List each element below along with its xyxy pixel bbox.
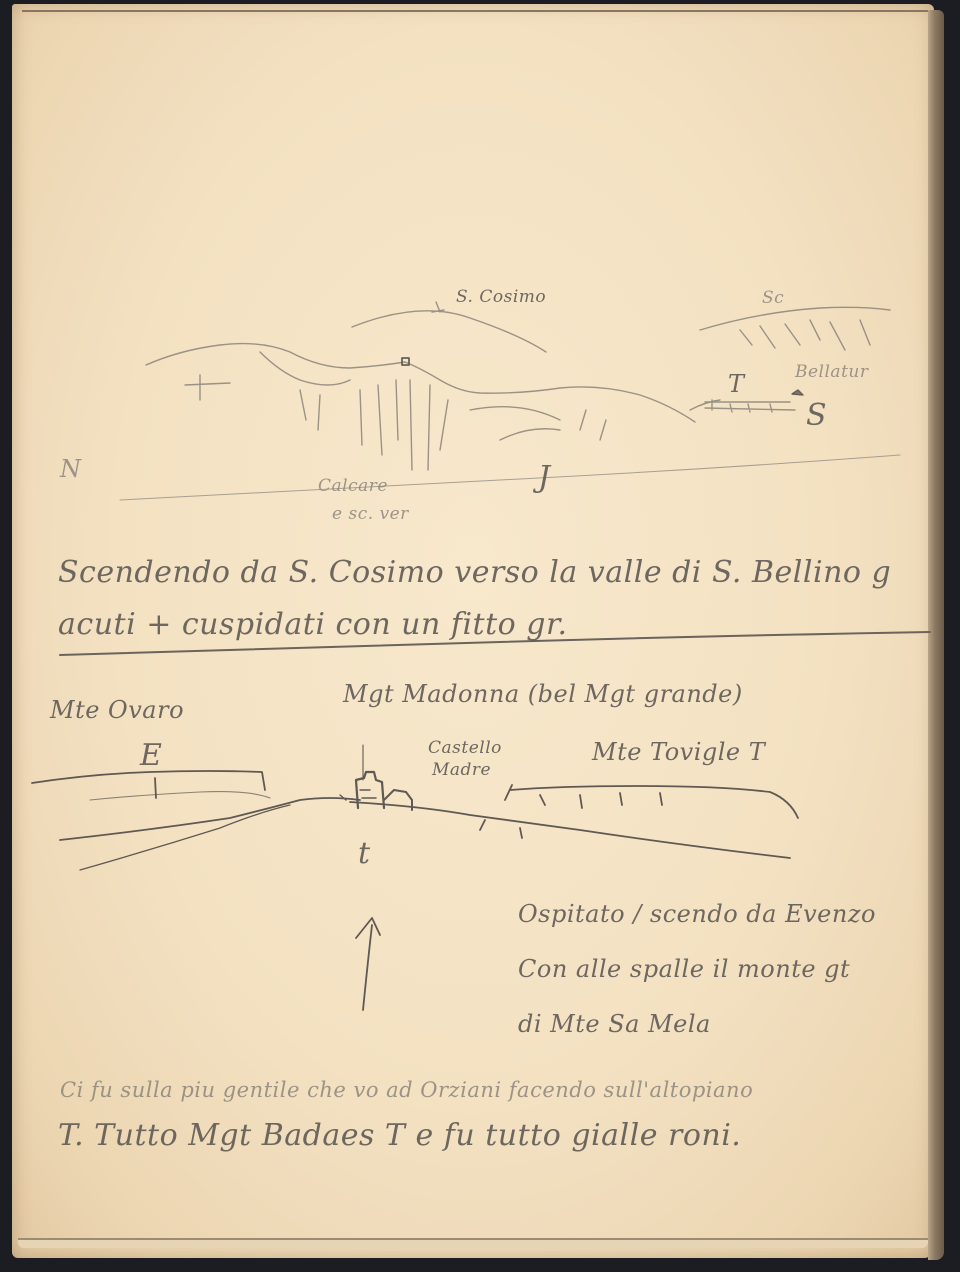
note-top-line-1: Scendendo da S. Cosimo verso la valle di… <box>58 555 891 590</box>
label-castello: Castello <box>428 738 502 758</box>
label-mgt-madonna: Mgt Madonna (bel Mgt grande) <box>213 680 613 708</box>
note-right-line-3: di Mte Sa Mela <box>518 1010 711 1038</box>
label-bellatur: Bellatur <box>795 362 868 382</box>
note-right-line-1: Ospitato / scendo da Evenzo <box>518 900 876 928</box>
up-arrow <box>356 918 380 1010</box>
marker-s: S <box>806 398 827 433</box>
note-bottom-line-2: T. Tutto Mgt Badaes T e fu tutto gialle … <box>58 1118 741 1153</box>
marker-t-top: T <box>728 370 745 398</box>
label-castello-2: Madre <box>432 760 491 780</box>
marker-t-center: t <box>358 836 371 871</box>
marker-e-left: E <box>140 738 162 773</box>
marker-valley: J <box>538 460 551 495</box>
label-mte-tovigle: Mte Tovigle T <box>592 738 765 766</box>
note-bottom-line-1: Ci fu sulla piu gentile che vo ad Orzian… <box>60 1078 753 1102</box>
note-right-line-2: Con alle spalle il monte gt <box>518 955 850 983</box>
label-calcare: Calcare <box>318 476 388 496</box>
label-right-peak: Sc <box>762 288 784 308</box>
note-top-line-2: acuti + cuspidati con un fitto gr. <box>58 607 568 642</box>
label-mgt-madonna-text: Mgt Madonna (bel Mgt grande) <box>343 680 743 708</box>
label-mte-ovaro: Mte Ovaro <box>50 696 184 724</box>
label-calcare-2: e sc. ver <box>332 504 409 524</box>
label-s-cosimo: S. Cosimo <box>456 287 546 307</box>
top-landscape-sketch <box>120 302 900 500</box>
marker-n: N <box>60 455 82 483</box>
